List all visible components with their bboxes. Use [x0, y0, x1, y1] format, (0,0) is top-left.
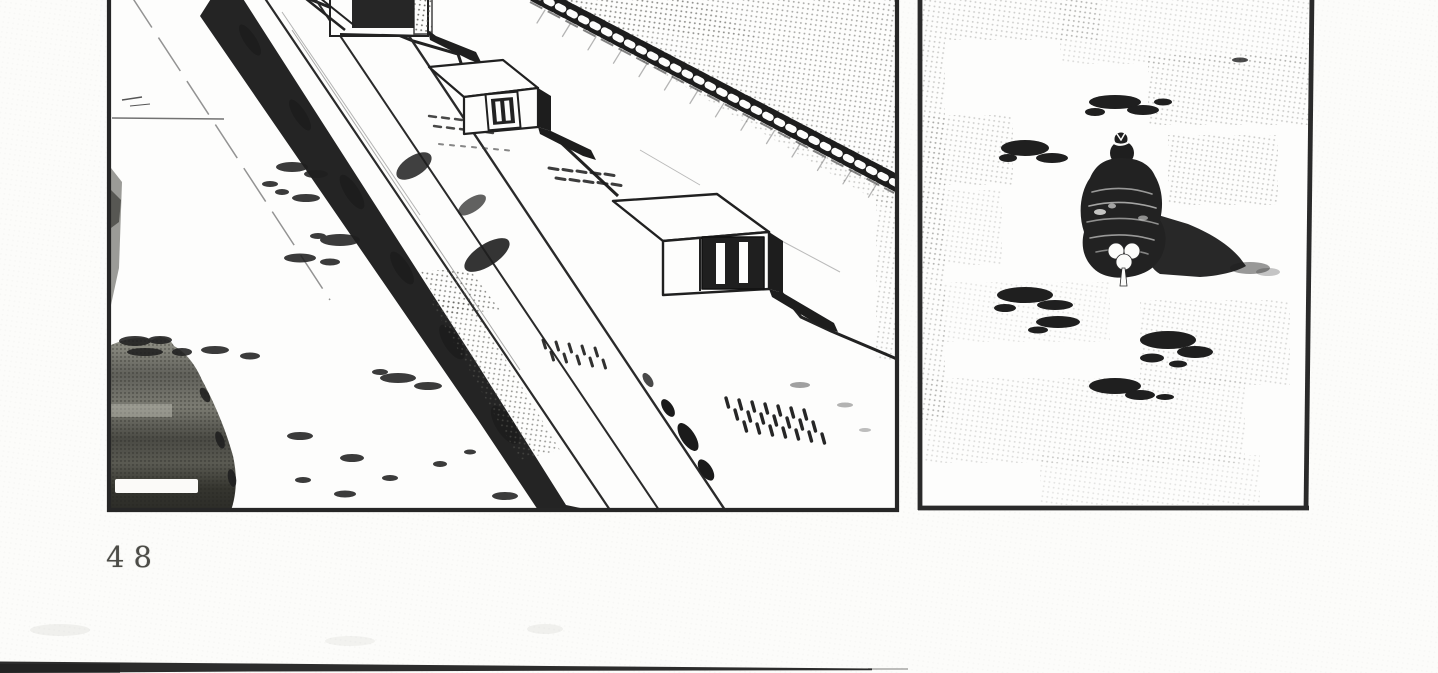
- white-bench: [115, 479, 198, 493]
- horizon-line: [112, 118, 224, 119]
- page-artwork: [0, 0, 1438, 673]
- page-number: 48: [106, 540, 161, 574]
- comic-page-scan: 48: [0, 0, 1438, 673]
- right-panel: [918, 0, 1314, 509]
- left-panel: [109, 0, 903, 513]
